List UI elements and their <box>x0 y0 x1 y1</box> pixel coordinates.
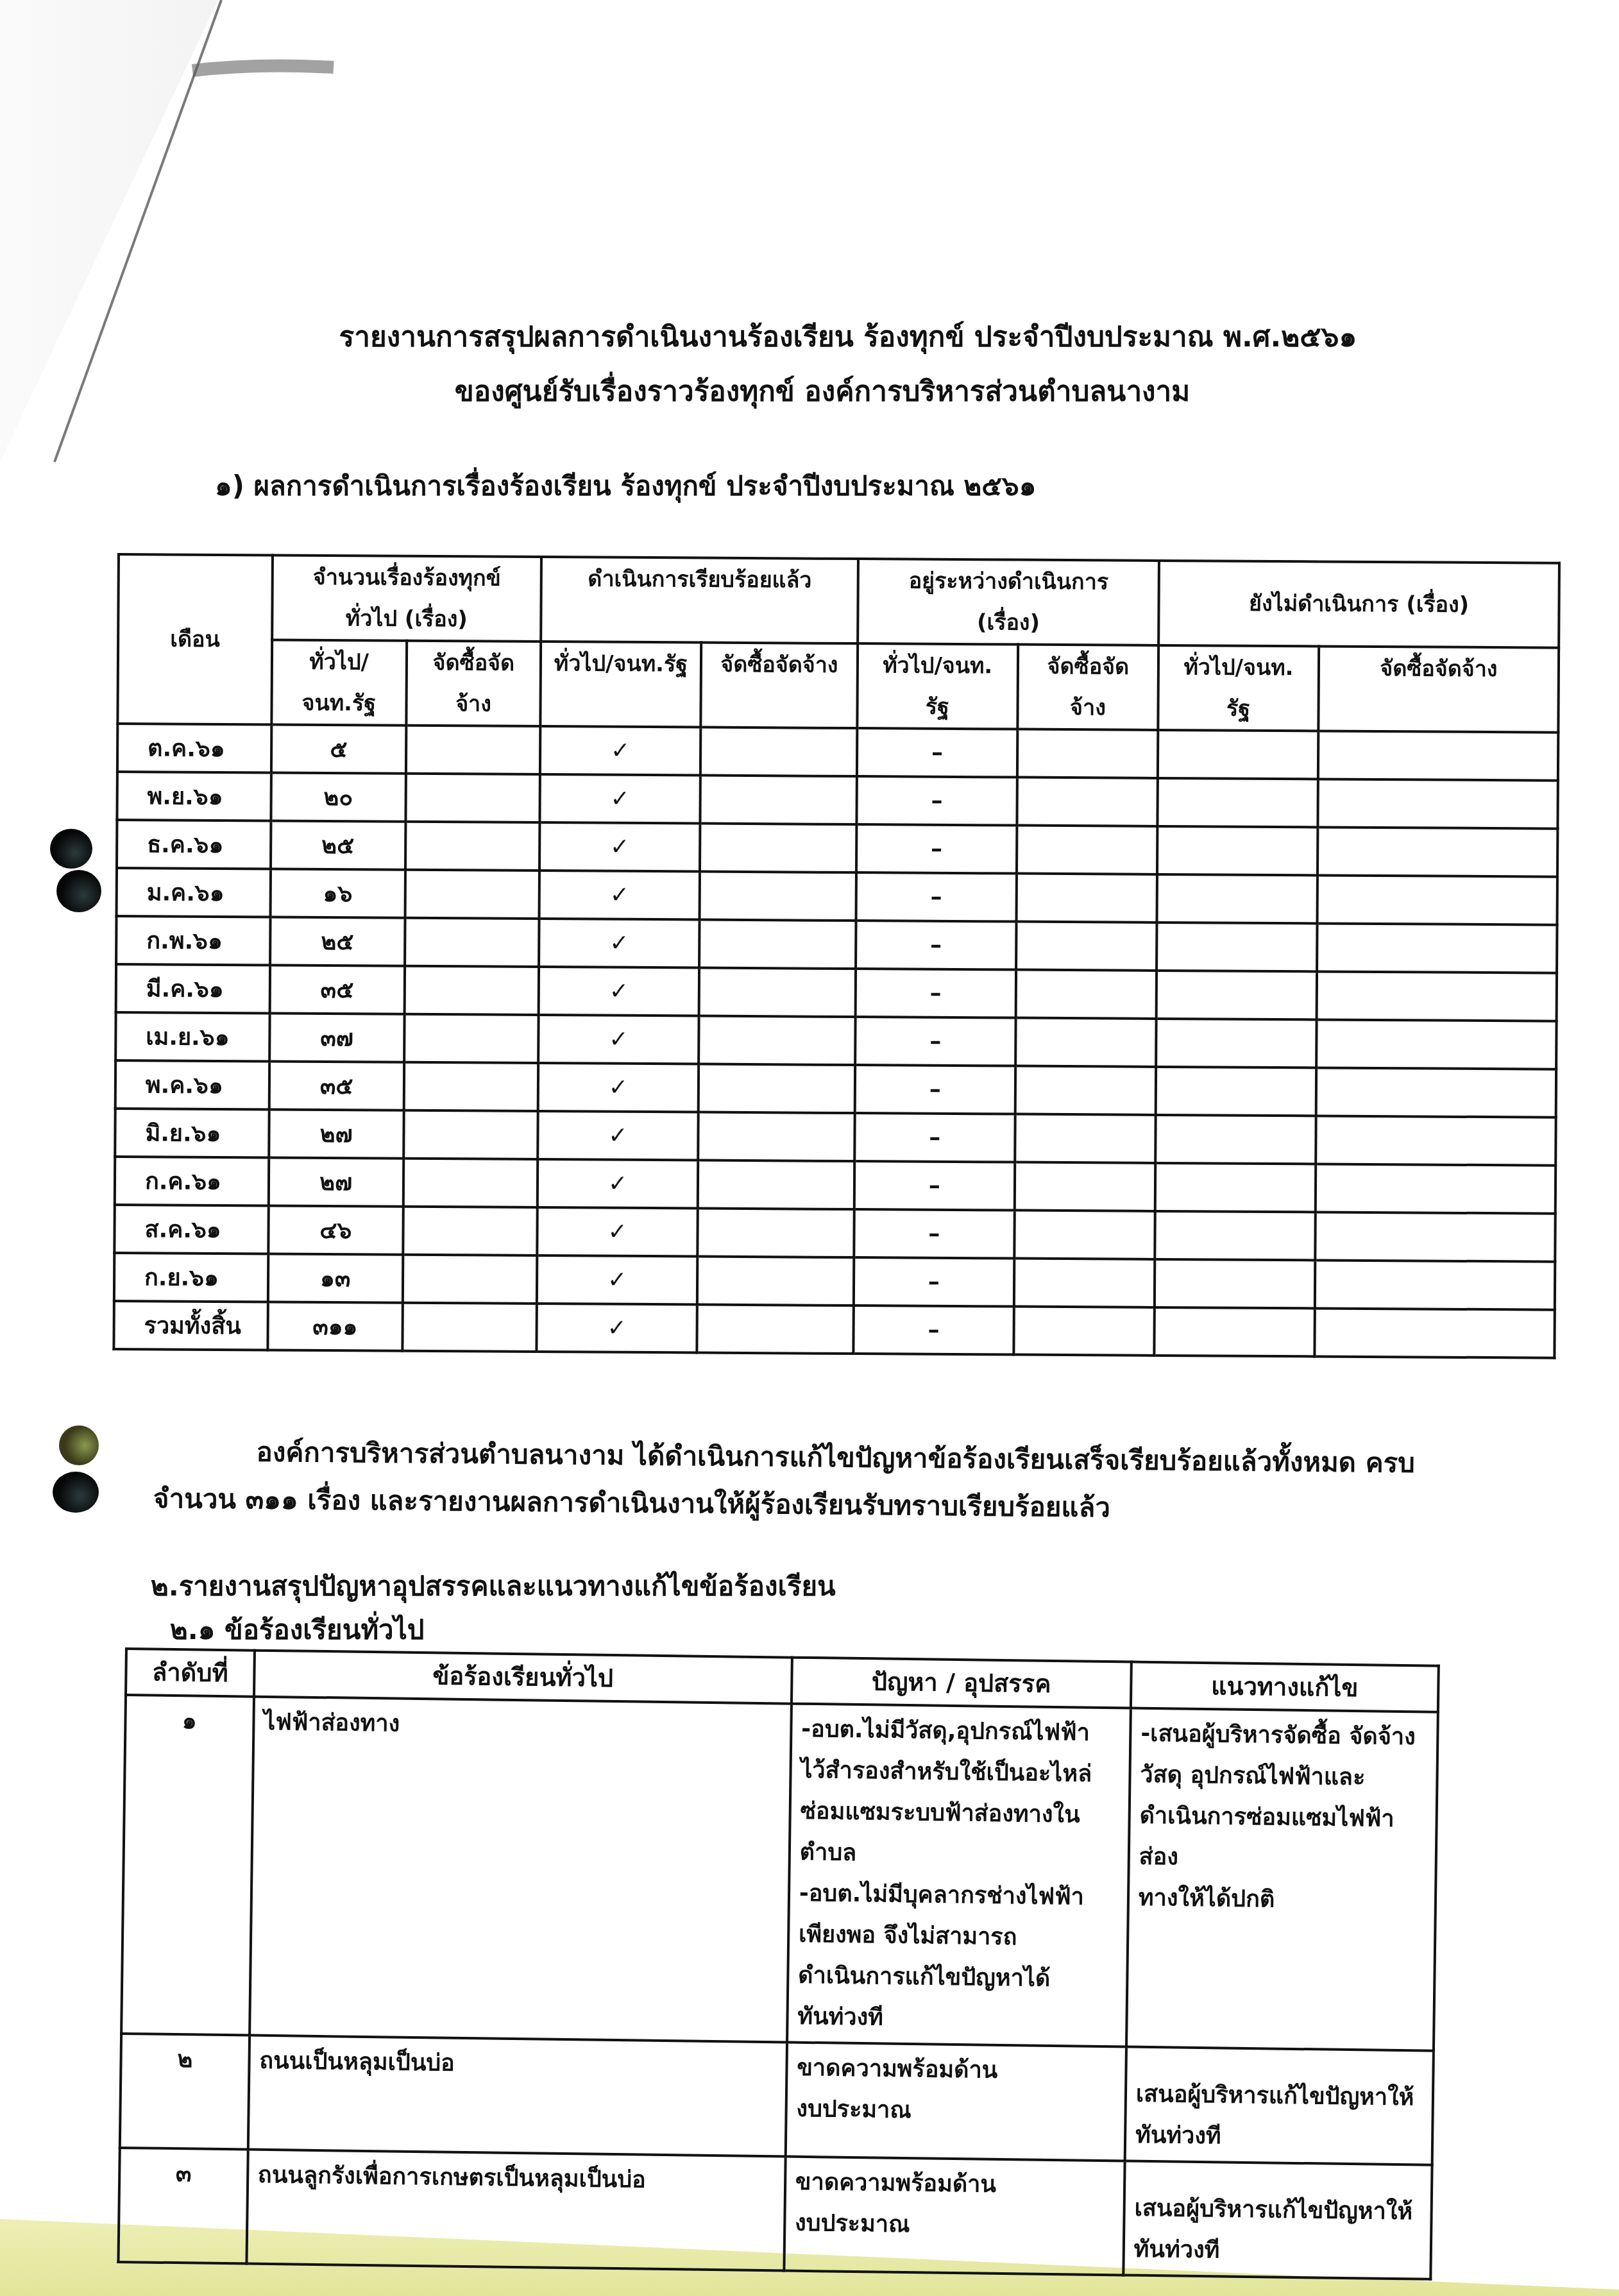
text-line: ทันท่วงที <box>1135 2115 1423 2160</box>
cell-total-general: ๕ <box>271 724 406 773</box>
cell-done-procure <box>699 1016 856 1065</box>
cell-done-procure <box>700 727 858 776</box>
cell-total-procure <box>403 1255 538 1304</box>
cell-progress-procure <box>1016 922 1157 971</box>
cell-total-procure <box>404 1014 539 1063</box>
cell-pending-procure <box>1316 1164 1556 1213</box>
text-line: ขาดความพร้อมด้าน <box>797 2048 1116 2093</box>
header-in-progress: อยู่ระหว่างดำเนินการ (เรื่อง) <box>858 559 1159 645</box>
cell-total-procure <box>406 726 541 774</box>
cell-pending-procure <box>1317 923 1557 973</box>
cell-total-procure <box>405 774 540 822</box>
header-problem: ปัญหา / อุปสรรค <box>792 1658 1132 1708</box>
text-line: ซ่อมแซมระบบฟ้าส่องทางใน <box>800 1791 1119 1837</box>
cell-month: มิ.ย.๖๑ <box>115 1109 269 1157</box>
table-row: ก.พ.๖๑๒๕✓– <box>116 916 1557 973</box>
cell-pending-general <box>1158 730 1318 779</box>
table-row: ก.ค.๖๑๒๗✓– <box>115 1157 1555 1214</box>
cell-done-procure <box>698 1161 855 1209</box>
cell-pending-general <box>1155 1211 1316 1261</box>
subheader-progress-general: ทั่วไป/จนท. รัฐ <box>857 643 1017 729</box>
cell-month: รวมทั้งสิ้น <box>114 1301 267 1350</box>
table-row: ๓ถนนลูกรังเพื่อการเกษตรเป็นหลุมเป็นบ่อขา… <box>118 2148 1432 2279</box>
table-row: ม.ค.๖๑๑๖✓– <box>117 868 1557 925</box>
table-row: มี.ค.๖๑๓๕✓– <box>116 964 1557 1021</box>
cell-pending-procure <box>1318 779 1558 828</box>
cell-total-procure <box>403 1207 538 1255</box>
text-line: ขาดความพร้อมด้าน <box>795 2162 1115 2207</box>
cell-progress-general: – <box>854 1161 1015 1211</box>
table-row: ก.ย.๖๑๑๓✓– <box>114 1253 1555 1310</box>
cell-done-procure <box>700 824 857 872</box>
cell-done-general: ✓ <box>540 774 700 824</box>
text-line: งบประมาณ <box>795 2203 1114 2249</box>
cell-progress-general: – <box>857 728 1017 778</box>
cell-total-procure <box>404 966 539 1015</box>
cell-done-procure <box>698 1112 855 1161</box>
subheader-done-general: ทั่วไป/จนท.รัฐ <box>541 642 701 727</box>
cell-total-general: ๒๕ <box>270 917 405 965</box>
text-line: ไว้สำรองสำหรับใช้เป็นอะไหล่ <box>801 1750 1120 1796</box>
cell-problem: -อบต.ไม่มีวัสดุ,อุปกรณ์ไฟฟ้าไว้สำรองสำหร… <box>787 1704 1131 2047</box>
cell-progress-procure <box>1013 1307 1155 1356</box>
cell-month: ม.ค.๖๑ <box>117 868 271 917</box>
cell-month: ส.ค.๖๑ <box>114 1205 268 1254</box>
cell-month: เม.ย.๖๑ <box>115 1012 269 1061</box>
text-line: ทางให้ได้ปกติ <box>1139 1878 1426 1923</box>
cell-progress-procure <box>1017 826 1158 874</box>
cell-progress-general: – <box>854 1113 1015 1162</box>
cell-pending-general <box>1157 874 1318 924</box>
summary-line-1: องค์การบริหารส่วนตำบลนางาม ได้ดำเนินการแ… <box>153 1427 1450 1487</box>
cell-done-procure <box>697 1209 854 1257</box>
cell-done-general: ✓ <box>538 1015 699 1064</box>
cell-done-general: ✓ <box>538 1159 698 1209</box>
text-line: -อบต.ไม่มีบุคลากรช่างไฟฟ้า <box>799 1873 1118 1919</box>
cell-pending-procure <box>1316 971 1557 1021</box>
cell-total-procure <box>405 822 540 871</box>
cell-order-number: ๒ <box>120 2034 250 2150</box>
table-row: เม.ย.๖๑๓๗✓– <box>115 1012 1556 1069</box>
text-line: ตำบล <box>799 1832 1119 1878</box>
cell-complaint: ถนนเป็นหลุมเป็นบ่อ <box>248 2036 787 2157</box>
cell-month: ก.พ.๖๑ <box>116 916 270 965</box>
cell-progress-procure <box>1013 1259 1155 1307</box>
cell-complaint: ไฟฟ้าส่องทาง <box>250 1697 792 2043</box>
cell-done-general: ✓ <box>539 919 699 968</box>
document-subtitle: ของศูนย์รับเรื่องราวร้องทุกข์ องค์การบริ… <box>13 369 1619 414</box>
subheader-total-procure: จัดซื้อจัด จ้าง <box>406 641 541 726</box>
cell-progress-procure <box>1015 970 1157 1019</box>
cell-pending-general <box>1155 1259 1315 1309</box>
cell-pending-general <box>1156 1067 1316 1116</box>
cell-month: ก.ย.๖๑ <box>114 1253 268 1302</box>
text-line: เพียงพอ จึงไม่สามารถ <box>799 1914 1118 1960</box>
cell-pending-procure <box>1317 875 1557 924</box>
document-page: รายงานการสรุปผลการดำเนินงานร้องเรียน ร้อ… <box>0 0 1619 2296</box>
text-line: ดำเนินการซ่อมแซมไฟฟ้าส่อง <box>1139 1796 1427 1882</box>
cell-complaint: ถนนลูกรังเพื่อการเกษตรเป็นหลุมเป็นบ่อ <box>246 2150 785 2271</box>
cell-problem: ขาดความพร้อมด้านงบประมาณ <box>786 2043 1126 2161</box>
cell-progress-procure <box>1015 1066 1156 1115</box>
cell-pending-procure <box>1318 731 1559 780</box>
header-total-complaints: จำนวนเรื่องร้องทุกข์ทั่วไป (เรื่อง) <box>272 555 541 642</box>
cell-solution: -เสนอผู้บริหารจัดซื้อ จัดจ้างวัสดุ อุปกร… <box>1126 1708 1438 2051</box>
cell-total-general: ๒๗ <box>269 1157 403 1206</box>
text-line: เสนอผู้บริหารแก้ไขปัญหาให้ <box>1134 2188 1421 2233</box>
cell-pending-procure <box>1315 1212 1555 1261</box>
text-line: ดำเนินการแก้ไขปัญหาได้ <box>798 1955 1117 2001</box>
cell-pending-general <box>1157 923 1317 972</box>
text-line: ทันท่วงที <box>797 1996 1117 2042</box>
cell-total-procure <box>402 1303 537 1352</box>
cell-pending-procure <box>1316 1019 1557 1069</box>
document-title: รายงานการสรุปผลการดำเนินงานร้องเรียน ร้อ… <box>38 314 1619 359</box>
cell-total-procure <box>403 1062 538 1111</box>
cell-total-general: ๓๑๑ <box>267 1302 402 1350</box>
cell-done-general: ✓ <box>540 726 700 776</box>
cell-progress-general: – <box>856 969 1016 1018</box>
cell-progress-general: – <box>853 1305 1013 1355</box>
cell-month: พ.ย.๖๑ <box>117 772 271 821</box>
cell-progress-procure <box>1014 1211 1155 1259</box>
header-order: ลำดับที่ <box>126 1649 255 1697</box>
cell-total-general: ๓๕ <box>269 1061 403 1110</box>
cell-total-general: ๒๐ <box>271 772 405 821</box>
cell-done-general: ✓ <box>537 1304 697 1353</box>
cell-progress-procure <box>1015 1018 1157 1067</box>
cell-total-procure <box>405 918 539 967</box>
cell-progress-general: – <box>855 1017 1015 1066</box>
cell-month: ต.ค.๖๑ <box>117 724 271 772</box>
text-line: วัสดุ อุปกรณ์ไฟฟ้าและ <box>1140 1755 1427 1799</box>
cell-month: ธ.ค.๖๑ <box>117 820 271 869</box>
cell-progress-general: – <box>854 1209 1014 1259</box>
header-not-started: ยังไม่ดำเนินการ (เรื่อง) <box>1158 561 1559 648</box>
text-line: เสนอผู้บริหารแก้ไขปัญหาให้ <box>1136 2074 1423 2119</box>
cell-progress-general: – <box>856 872 1017 922</box>
cell-month: พ.ค.๖๑ <box>115 1060 269 1109</box>
table-row: ธ.ค.๖๑๒๕✓– <box>117 820 1557 877</box>
text-line: -เสนอผู้บริหารจัดซื้อ จัดจ้าง <box>1140 1713 1428 1758</box>
cell-done-procure <box>697 1305 854 1354</box>
cell-total-general: ๑๖ <box>270 869 405 917</box>
cell-progress-procure <box>1017 778 1158 826</box>
cell-done-general: ✓ <box>538 1207 698 1257</box>
cell-done-general: ✓ <box>538 1063 699 1112</box>
cell-pending-procure <box>1316 1067 1557 1117</box>
cell-done-procure <box>699 920 856 969</box>
cell-pending-general <box>1156 1019 1316 1068</box>
cell-solution: เสนอผู้บริหารแก้ไขปัญหาให้ทันท่วงที <box>1125 2046 1434 2164</box>
cell-total-general: ๓๗ <box>269 1013 404 1062</box>
cell-progress-general: – <box>857 776 1017 826</box>
cell-done-procure <box>697 1257 854 1305</box>
cell-done-procure <box>698 1064 855 1113</box>
cell-pending-procure <box>1314 1308 1555 1357</box>
section-2-1-heading: ๒.๑ ข้อร้องเรียนทั่วไป <box>170 1609 424 1651</box>
text-line: งบประมาณ <box>796 2089 1115 2134</box>
cell-order-number: ๑ <box>121 1695 254 2036</box>
cell-solution: เสนอผู้บริหารแก้ไขปัญหาให้ทันท่วงที <box>1123 2161 1432 2279</box>
table-row: พ.ย.๖๑๒๐✓– <box>117 772 1557 829</box>
section-2-heading: ๒.รายงานสรุปปัญหาอุปสรรคและแนวทางแก้ไขข้… <box>151 1565 836 1608</box>
subheader-done-procure: จัดซื้อจัดจ้าง <box>700 643 858 728</box>
table-row: มิ.ย.๖๑๒๗✓– <box>115 1109 1555 1166</box>
cell-done-general: ✓ <box>539 871 700 920</box>
cell-order-number: ๓ <box>118 2148 248 2264</box>
section-1-heading: ๑) ผลการดำเนินการเรื่องร้องเรียน ร้องทุก… <box>215 465 1036 507</box>
cell-pending-general <box>1155 1163 1316 1212</box>
cell-pending-procure <box>1318 827 1558 876</box>
cell-progress-general: – <box>856 824 1017 874</box>
table-row: ๒ถนนเป็นหลุมเป็นบ่อขาดความพร้อมด้านงบประ… <box>120 2034 1434 2165</box>
cell-total-general: ๑๓ <box>268 1254 403 1302</box>
table-row: ๑ไฟฟ้าส่องทาง-อบต.ไม่มีวัสดุ,อุปกรณ์ไฟฟ้… <box>121 1695 1438 2051</box>
summary-paragraph: องค์การบริหารส่วนตำบลนางาม ได้ดำเนินการแ… <box>153 1427 1450 1535</box>
cell-progress-general: – <box>854 1257 1014 1307</box>
cell-pending-general <box>1157 826 1318 876</box>
header-complaint: ข้อร้องเรียนทั่วไป <box>254 1651 792 1704</box>
cell-done-procure <box>699 872 856 921</box>
header-completed: ดำเนินการเรียบร้อยแล้ว <box>541 557 858 643</box>
cell-pending-procure <box>1315 1260 1555 1309</box>
cell-pending-general <box>1157 971 1317 1020</box>
table-row: รวมทั้งสิ้น๓๑๑✓– <box>114 1301 1554 1358</box>
cell-total-procure <box>405 870 539 919</box>
cell-total-general: ๒๗ <box>269 1109 403 1158</box>
cell-done-procure <box>699 968 856 1017</box>
cell-done-general: ✓ <box>539 967 699 1016</box>
cell-total-general: ๒๕ <box>271 821 405 869</box>
cell-pending-general <box>1155 1115 1316 1164</box>
complaint-results-table: เดือน จำนวนเรื่องร้องทุกข์ทั่วไป (เรื่อง… <box>112 553 1561 1359</box>
cell-progress-general: – <box>855 1065 1015 1114</box>
cell-month: มี.ค.๖๑ <box>116 964 270 1013</box>
text-line: -อบต.ไม่มีวัสดุ,อุปกรณ์ไฟฟ้า <box>801 1709 1121 1755</box>
cell-progress-procure <box>1014 1162 1155 1211</box>
cell-pending-procure <box>1316 1116 1556 1165</box>
cell-total-procure <box>403 1110 538 1159</box>
cell-done-general: ✓ <box>537 1255 697 1305</box>
subheader-pending-general: ทั่วไป/จนท. รัฐ <box>1158 645 1319 731</box>
cell-done-general: ✓ <box>539 822 700 872</box>
problems-solutions-table: ลำดับที่ ข้อร้องเรียนทั่วไป ปัญหา / อุปส… <box>117 1647 1439 2281</box>
table-row: ส.ค.๖๑๔๖✓– <box>114 1205 1555 1262</box>
table-row: ต.ค.๖๑๕✓– <box>117 724 1558 781</box>
cell-pending-general <box>1155 1307 1315 1357</box>
subheader-progress-procure: จัดซื้อจัด จ้าง <box>1017 645 1158 730</box>
cell-done-general: ✓ <box>538 1111 699 1161</box>
cell-total-procure <box>403 1159 538 1207</box>
header-solution: แนวทางแก้ไข <box>1131 1662 1439 1712</box>
summary-line-2: จำนวน ๓๑๑ เรื่อง และรายงานผลการดำเนินงาน… <box>153 1483 1110 1523</box>
header-month: เดือน <box>117 554 272 724</box>
cell-progress-general: – <box>856 921 1016 970</box>
text-line: ทันท่วงที <box>1133 2229 1421 2274</box>
cell-progress-procure <box>1017 729 1158 778</box>
cell-progress-procure <box>1016 874 1157 923</box>
subheader-total-general: ทั่วไป/ จนท.รัฐ <box>271 640 407 725</box>
cell-progress-procure <box>1015 1114 1156 1163</box>
table-row: พ.ค.๖๑๓๕✓– <box>115 1060 1556 1118</box>
cell-done-procure <box>700 776 857 824</box>
subheader-pending-procure: จัดซื้อจัดจ้าง <box>1318 646 1559 732</box>
cell-pending-general <box>1158 778 1318 828</box>
cell-total-general: ๔๖ <box>268 1205 403 1254</box>
cell-problem: ขาดความพร้อมด้านงบประมาณ <box>784 2157 1124 2275</box>
cell-total-general: ๓๕ <box>269 965 404 1014</box>
cell-month: ก.ค.๖๑ <box>115 1157 269 1205</box>
